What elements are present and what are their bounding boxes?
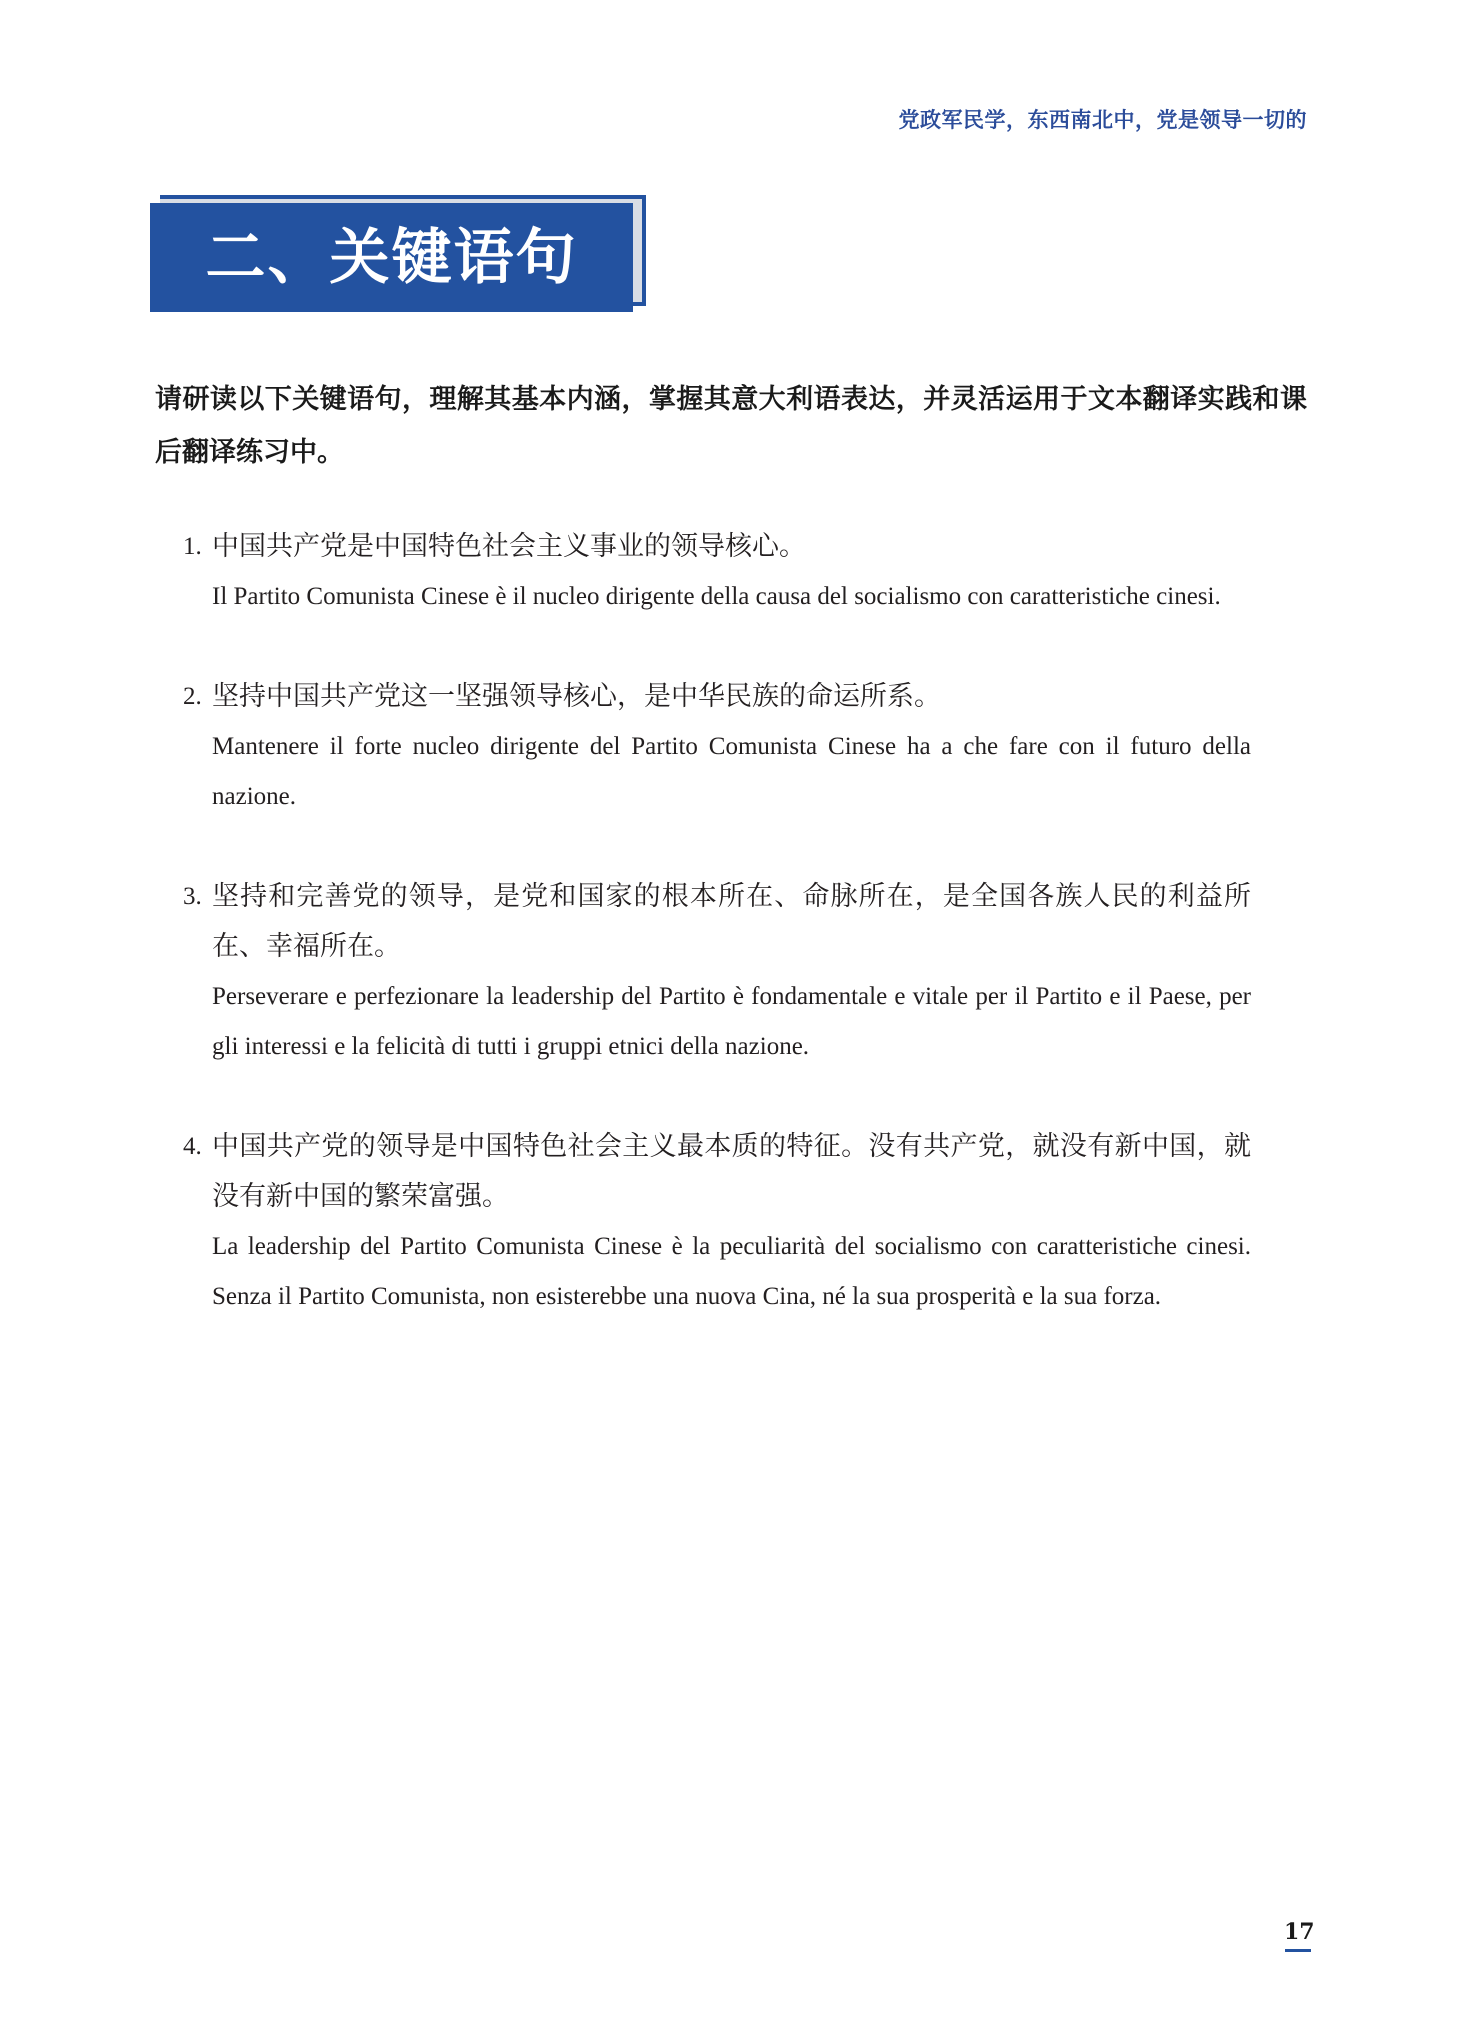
running-header: 党政军民学，东西南北中，党是领导一切的 xyxy=(899,104,1308,134)
sentence-item: 4. 中国共产党的领导是中国特色社会主义最本质的特征。没有共产党，就没有新中国，… xyxy=(183,1122,1251,1322)
sentence-item: 2. 坚持中国共产党这一坚强领导核心，是中华民族的命运所系。 Mantenere… xyxy=(183,672,1251,822)
sentence-number: 2. xyxy=(183,672,202,722)
sentence-italian: Mantenere il forte nucleo dirigente del … xyxy=(212,722,1251,822)
sentence-number: 3. xyxy=(183,872,202,922)
page-number: 17 xyxy=(1284,1917,1312,1947)
section-title-box: 二、关键语句 xyxy=(150,195,646,312)
sentence-number: 4. xyxy=(183,1122,202,1172)
sentence-italian: Il Partito Comunista Cinese è il nucleo … xyxy=(212,572,1251,622)
page-number-underline xyxy=(1285,1949,1311,1952)
sentence-italian: La leadership del Partito Comunista Cine… xyxy=(212,1222,1251,1322)
sentence-chinese: 中国共产党是中国特色社会主义事业的领导核心。 xyxy=(212,522,1251,572)
sentence-item: 1. 中国共产党是中国特色社会主义事业的领导核心。 Il Partito Com… xyxy=(183,522,1251,622)
sentence-item: 3. 坚持和完善党的领导，是党和国家的根本所在、命脉所在，是全国各族人民的利益所… xyxy=(183,872,1251,1072)
sentence-number: 1. xyxy=(183,522,202,572)
key-sentences-list: 1. 中国共产党是中国特色社会主义事业的领导核心。 Il Partito Com… xyxy=(183,522,1251,1372)
section-title: 二、关键语句 xyxy=(206,228,578,288)
intro-instructions: 请研读以下关键语句，理解其基本内涵，掌握其意大利语表达，并灵活运用于文本翻译实践… xyxy=(155,373,1307,479)
sentence-italian: Perseverare e perfezionare la leadership… xyxy=(212,972,1251,1072)
sentence-chinese: 中国共产党的领导是中国特色社会主义最本质的特征。没有共产党，就没有新中国，就没有… xyxy=(212,1122,1251,1222)
sentence-chinese: 坚持和完善党的领导，是党和国家的根本所在、命脉所在，是全国各族人民的利益所在、幸… xyxy=(212,872,1251,972)
section-title-front-panel: 二、关键语句 xyxy=(150,203,633,312)
sentence-chinese: 坚持中国共产党这一坚强领导核心，是中华民族的命运所系。 xyxy=(212,672,1251,722)
